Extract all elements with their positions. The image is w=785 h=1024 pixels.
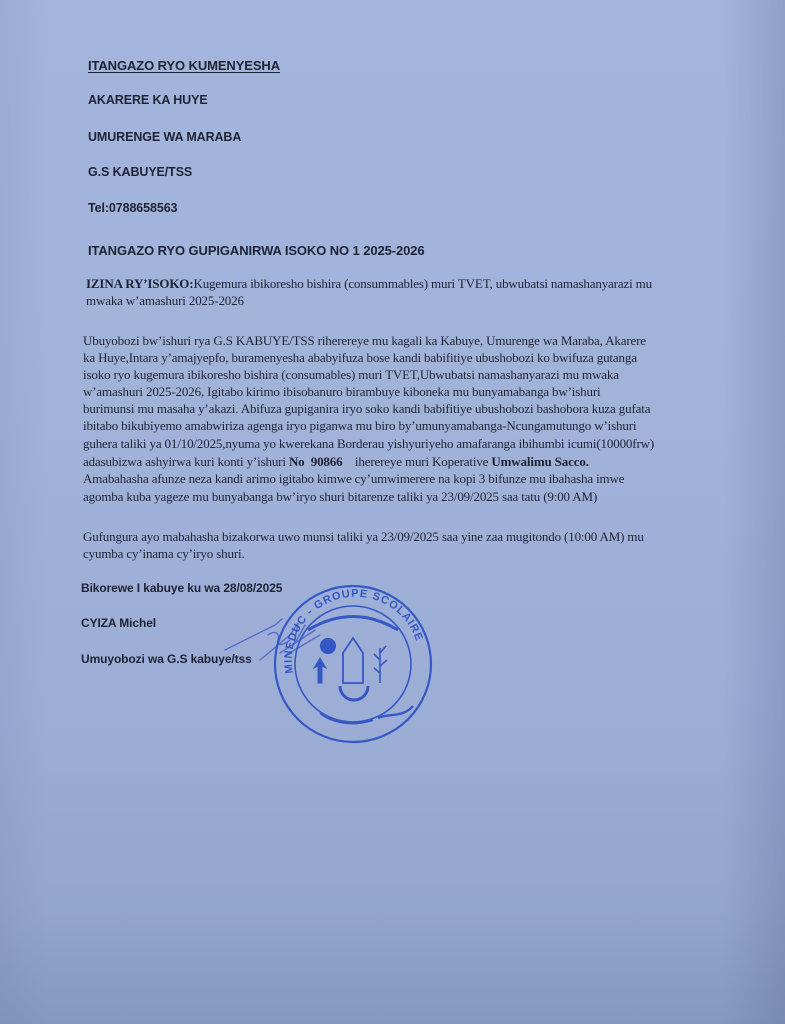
body-line: w’amashuri 2025-2026, Igitabo kirimo ibi…: [83, 384, 601, 400]
svg-text:MINEDUC - GROUPE SCOLAIRE KABU: MINEDUC - GROUPE SCOLAIRE KABUYE: [268, 578, 426, 674]
tender-name-value: Kugemura ibikoresho bishira (consummable…: [193, 276, 652, 291]
body-line: Amabahasha afunze neza kandi arimo igita…: [83, 471, 624, 487]
signatory-name: CYIZA Michel: [81, 616, 156, 630]
tender-name-line-1: IZINA RY’ISOKO:Kugemura ibikoresho bishi…: [86, 276, 652, 292]
body-line: Ubuyobozi bw’ishuri rya G.S KABUYE/TSS r…: [83, 333, 646, 349]
district-line: AKARERE KA HUYE: [88, 93, 208, 107]
school-line: G.S KABUYE/TSS: [88, 165, 192, 179]
stamp-text: MINEDUC - GROUPE SCOLAIRE KABUYE: [268, 578, 426, 674]
account-text-middle: iherereye muri Koperative: [342, 454, 491, 469]
body-line: ibitabo bikubiyemo amabwiriza agenga iry…: [83, 418, 636, 434]
account-line: adasubizwa ashyirwa kuri konti y’ishuri …: [83, 454, 589, 470]
body-line: agomba kuba yageze mu bunyabanga bw’iryo…: [83, 489, 597, 505]
school-stamp-icon: MINEDUC - GROUPE SCOLAIRE KABUYE: [268, 578, 438, 748]
place-date: Bikorewe I kabuye ku wa 28/08/2025: [81, 581, 282, 595]
phone-line: Tel:0788658563: [88, 201, 177, 215]
sector-line: UMURENGE WA MARABA: [88, 130, 241, 144]
opening-line: Gufungura ayo mabahasha bizakorwa uwo mu…: [83, 529, 644, 545]
tender-heading: ITANGAZO RYO GUPIGANIRWA ISOKO NO 1 2025…: [88, 243, 424, 258]
body-line: isoko ryo kugemura ibikoresho bishira (c…: [83, 367, 619, 383]
body-line: ka Huye,Intara y’amajyepfo, buramenyesha…: [83, 350, 637, 366]
account-number: No 90866: [289, 454, 343, 469]
paper-shadow: [0, 0, 785, 1024]
tender-name-label: IZINA RY’ISOKO:: [86, 276, 193, 291]
document-title: ITANGAZO RYO KUMENYESHA: [88, 58, 280, 73]
tender-name-line-2: mwaka w’amashuri 2025-2026: [86, 293, 244, 309]
account-text: adasubizwa ashyirwa kuri konti y’ishuri: [83, 454, 289, 469]
bank-name: Umwalimu Sacco.: [491, 454, 588, 469]
body-line: burimunsi mu masaha y’akazi. Abifuza gup…: [83, 401, 650, 417]
body-line: guhera taliki ya 01/10/2025,nyuma yo kwe…: [83, 436, 654, 452]
opening-line: cyumba cy’inama cy’iryo shuri.: [83, 546, 245, 562]
